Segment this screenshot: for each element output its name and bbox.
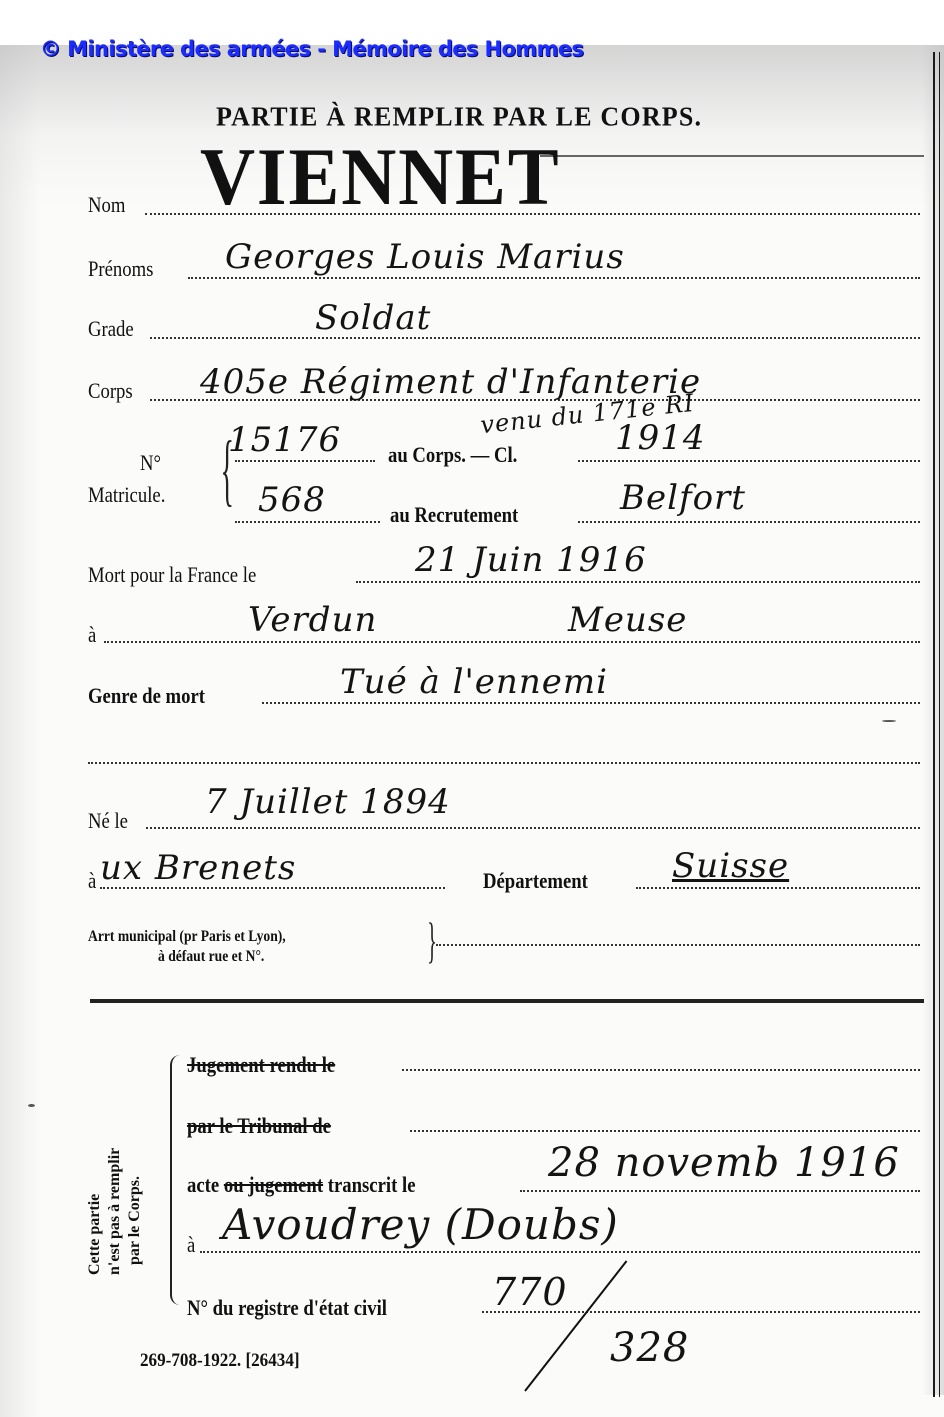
nom-label: Nom <box>88 192 125 218</box>
transcrit-label-acte: acte <box>187 1172 224 1197</box>
grade-dotted-line <box>150 337 920 339</box>
registre-value-2: 328 <box>610 1325 689 1371</box>
arrondissement-label-line2: à défaut rue et N°. <box>158 948 264 966</box>
mort-le-label: Mort pour la France le <box>88 562 256 588</box>
au-corps-label: au Corps. — Cl. <box>388 442 517 468</box>
grade-value: Soldat <box>315 298 431 338</box>
tribunal-dotted-line <box>410 1130 920 1132</box>
au-corps-dotted-line <box>235 460 375 462</box>
side-note-line-1: Cette partie <box>86 1194 104 1275</box>
departement-value: Suisse <box>672 846 789 886</box>
transcrit-label: acte ou jugement transcrit le <box>187 1172 415 1198</box>
transcrit-a-value: Avoudrey (Doubs) <box>222 1200 619 1249</box>
tribunal-label: par le Tribunal de <box>187 1113 331 1139</box>
transcrit-label-strike: ou jugement <box>224 1172 323 1197</box>
transcrit-label-rest: transcrit le <box>323 1172 415 1197</box>
mort-le-dotted-line <box>356 581 920 583</box>
civil-section-brace <box>170 1055 180 1305</box>
ne-le-dotted-line <box>146 827 920 829</box>
matricule-label: Matricule. <box>88 482 165 508</box>
grade-label: Grade <box>88 316 134 342</box>
side-note-line-3: par le Corps. <box>126 1176 144 1265</box>
prenoms-value: Georges Louis Marius <box>225 237 625 277</box>
right-border-line <box>933 52 935 1397</box>
arrondissement-dotted-line <box>436 944 920 946</box>
recrutement-dotted-line <box>578 521 920 523</box>
recrutement-no-dotted-line <box>235 521 380 523</box>
prenoms-dotted-line <box>188 277 920 279</box>
mort-a-town: Verdun <box>248 600 377 640</box>
extra-dotted-line <box>88 762 920 764</box>
classe-dotted-line <box>578 460 920 462</box>
au-corps-value: 15176 <box>228 420 341 460</box>
recrutement-value: 568 <box>258 480 326 520</box>
heading-rule <box>540 155 924 157</box>
mort-le-value: 21 Juin 1916 <box>415 540 647 580</box>
ne-a-value: ux Brenets <box>100 848 296 888</box>
transcrit-dotted-line <box>520 1190 920 1192</box>
section-divider <box>90 999 924 1003</box>
form-print-code: 269-708-1922. [26434] <box>140 1350 300 1372</box>
nom-value: VIENNET <box>200 136 561 218</box>
ink-mark <box>882 720 896 722</box>
matricule-label-no: N° <box>140 450 161 476</box>
recrutement-label: au Recrutement <box>390 502 518 528</box>
genre-de-mort-label: Genre de mort <box>88 683 205 709</box>
civil-section-side-note: Cette partie n'est pas à remplir par le … <box>86 1085 166 1285</box>
right-border-line-outer <box>939 52 940 1397</box>
jugement-rendu-dotted-line <box>402 1069 920 1071</box>
departement-dotted-line <box>636 887 920 889</box>
arrondissement-label-line1: Arrt municipal (pr Paris et Lyon), <box>88 928 286 946</box>
ne-le-label: Né le <box>88 808 128 834</box>
form-heading: PARTIE À REMPLIR PAR LE CORPS. <box>216 101 702 133</box>
mort-a-label: à <box>88 622 96 648</box>
registre-value: 770 <box>492 1270 568 1314</box>
jugement-rendu-label: Jugement rendu le <box>187 1052 335 1078</box>
transcrit-value: 28 novemb 1916 <box>548 1140 900 1186</box>
classe-value: 1914 <box>615 418 706 458</box>
departement-label: Département <box>483 868 588 894</box>
transcrit-a-dotted-line <box>200 1251 920 1253</box>
copyright-watermark: © Ministère des armées - Mémoire des Hom… <box>40 37 583 61</box>
prenoms-label: Prénoms <box>88 256 153 282</box>
arrondissement-brace: { <box>427 915 437 965</box>
recrutement-place: Belfort <box>620 478 746 518</box>
genre-de-mort-value: Tué à l'ennemi <box>340 662 608 702</box>
transcrit-a-label: à <box>187 1232 195 1258</box>
side-note-line-2: n'est pas à remplir <box>106 1148 124 1275</box>
corps-label: Corps <box>88 378 133 404</box>
registre-label: N° du registre d'état civil <box>187 1295 387 1321</box>
genre-de-mort-dotted-line <box>262 702 920 704</box>
ne-a-label: à <box>88 868 96 894</box>
mort-a-dotted-line <box>104 641 920 643</box>
ne-le-value: 7 Juillet 1894 <box>205 782 451 822</box>
mort-a-dept: Meuse <box>568 600 687 640</box>
ink-smudge <box>28 1104 35 1107</box>
